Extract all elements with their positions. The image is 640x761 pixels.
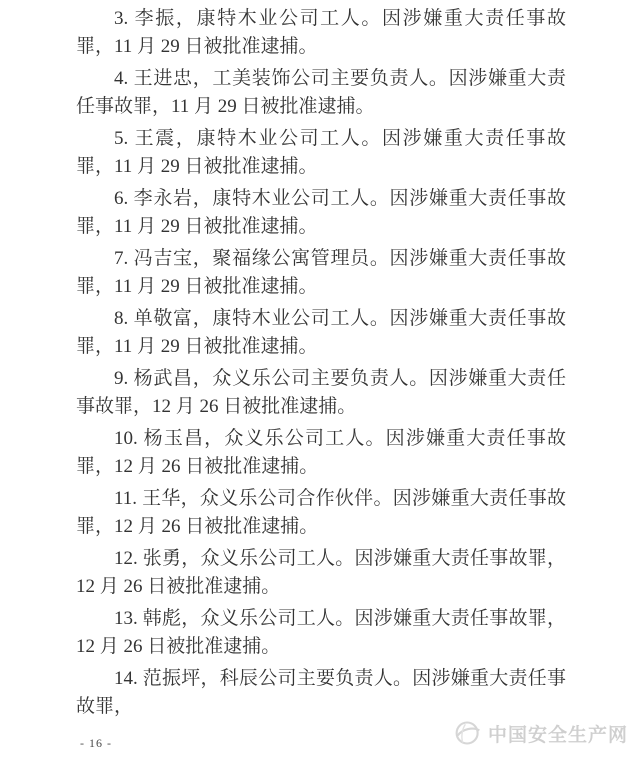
list-item-11: 11. 王华，众义乐公司合作伙伴。因涉嫌重大责任事故罪，12 月 26 日被批准… xyxy=(76,485,566,541)
list-item-9: 9. 杨武昌，众义乐公司主要负责人。因涉嫌重大责任事故罪，12 月 26 日被批… xyxy=(76,365,566,421)
list-item-3: 3. 李振，康特木业公司工人。因涉嫌重大责任事故罪，11 月 29 日被批准逮捕… xyxy=(76,5,566,61)
page-number: - 16 - xyxy=(80,736,112,751)
globe-swirl-icon xyxy=(454,719,482,747)
document-page: 3. 李振，康特木业公司工人。因涉嫌重大责任事故罪，11 月 29 日被批准逮捕… xyxy=(0,0,640,761)
document-body: 3. 李振，康特木业公司工人。因涉嫌重大责任事故罪，11 月 29 日被批准逮捕… xyxy=(76,5,566,725)
list-item-4: 4. 王进忠，工美装饰公司主要负责人。因涉嫌重大责任事故罪，11 月 29 日被… xyxy=(76,65,566,121)
watermark-text: 中国安全生产网 xyxy=(488,720,628,747)
list-item-14: 14. 范振坪，科辰公司主要负责人。因涉嫌重大责任事故罪， xyxy=(76,665,566,721)
site-watermark: 中国安全生产网 xyxy=(454,719,628,747)
list-item-12: 12. 张勇，众义乐公司工人。因涉嫌重大责任事故罪，12 月 26 日被批准逮捕… xyxy=(76,545,566,601)
list-item-13: 13. 韩彪，众义乐公司工人。因涉嫌重大责任事故罪，12 月 26 日被批准逮捕… xyxy=(76,605,566,661)
list-item-10: 10. 杨玉昌，众义乐公司工人。因涉嫌重大责任事故罪，12 月 26 日被批准逮… xyxy=(76,425,566,481)
list-item-5: 5. 王震，康特木业公司工人。因涉嫌重大责任事故罪，11 月 29 日被批准逮捕… xyxy=(76,125,566,181)
list-item-8: 8. 单敬富，康特木业公司工人。因涉嫌重大责任事故罪，11 月 29 日被批准逮… xyxy=(76,305,566,361)
list-item-7: 7. 冯吉宝，聚福缘公寓管理员。因涉嫌重大责任事故罪，11 月 29 日被批准逮… xyxy=(76,245,566,301)
list-item-6: 6. 李永岩，康特木业公司工人。因涉嫌重大责任事故罪，11 月 29 日被批准逮… xyxy=(76,185,566,241)
